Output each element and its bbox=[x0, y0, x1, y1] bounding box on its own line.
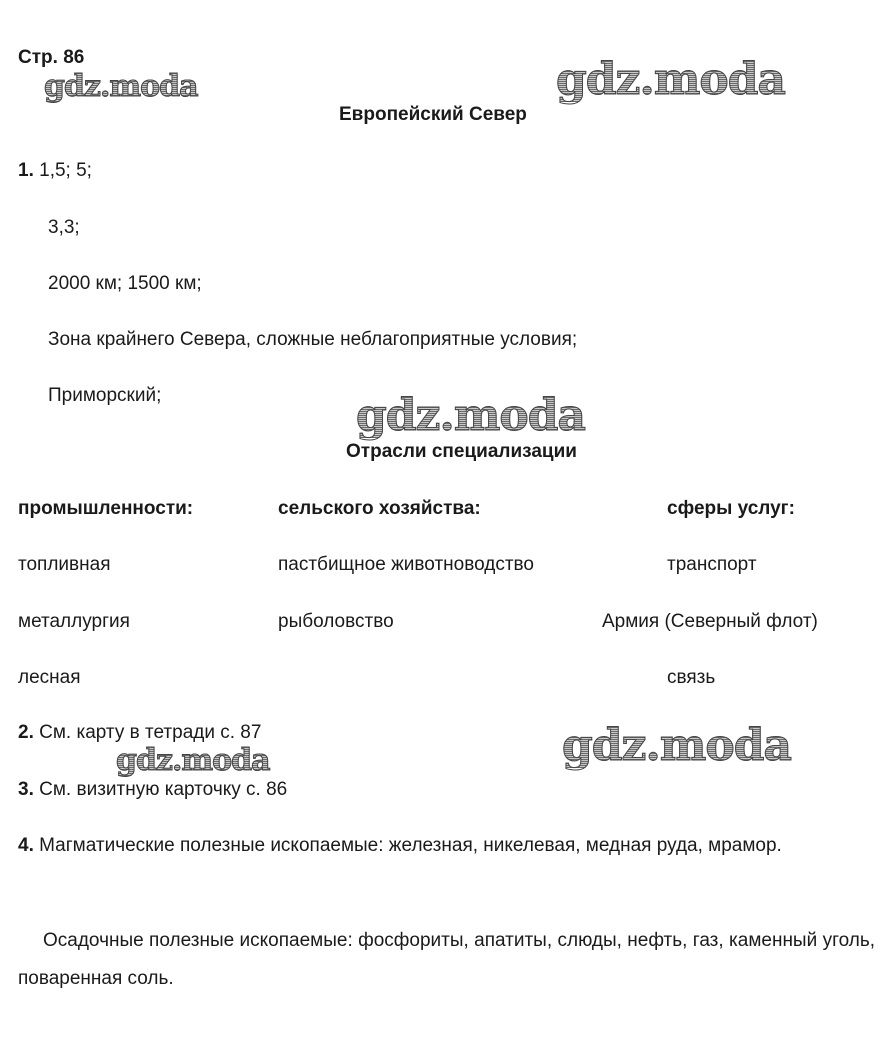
column-header: промышленности: bbox=[18, 499, 193, 518]
watermark: gdz.moda bbox=[116, 746, 270, 776]
task-number: 3. bbox=[18, 779, 34, 800]
watermark: gdz.moda bbox=[44, 72, 198, 102]
task-3: 3. См. визитную карточку с. 86 bbox=[18, 780, 287, 799]
task-4-paragraph-2: Осадочные полезные ископаемые: фосфориты… bbox=[18, 922, 875, 998]
task-2: 2. См. карту в тетради с. 87 bbox=[18, 723, 261, 742]
table-cell: связь bbox=[667, 668, 715, 687]
column-header: сферы услуг: bbox=[667, 499, 795, 518]
watermark: gdz.moda bbox=[562, 724, 791, 768]
answer-line: Приморский; bbox=[48, 386, 161, 405]
answer-line: 2000 км; 1500 км; bbox=[48, 274, 202, 293]
task-text: См. карту в тетради с. 87 bbox=[39, 722, 261, 743]
task-4-paragraph-1: 4. Магматические полезные ископаемые: же… bbox=[18, 827, 875, 865]
watermark: gdz.moda bbox=[556, 58, 785, 102]
table-cell: металлургия bbox=[18, 612, 130, 631]
specialization-title: Отрасли специализации bbox=[346, 442, 577, 461]
table-cell: лесная bbox=[18, 668, 81, 687]
task-text: См. визитную карточку с. 86 bbox=[39, 779, 287, 800]
table-cell: рыболовство bbox=[278, 612, 394, 631]
page-label: Стр. 86 bbox=[18, 48, 84, 67]
answer-line: Зона крайнего Севера, сложные неблагопри… bbox=[48, 330, 577, 349]
answer-line: 1,5; 5; bbox=[39, 160, 92, 181]
answer-line: 3,3; bbox=[48, 218, 80, 237]
column-header: сельского хозяйства: bbox=[278, 499, 481, 518]
task-number: 2. bbox=[18, 722, 34, 743]
table-cell: Армия (Северный флот) bbox=[602, 612, 818, 631]
table-cell: транспорт bbox=[667, 555, 757, 574]
task-number: 1. bbox=[18, 160, 34, 181]
watermark: gdz.moda bbox=[356, 394, 585, 438]
table-cell: пастбищное животноводство bbox=[278, 555, 534, 574]
section-title: Европейский Север bbox=[339, 105, 527, 124]
table-cell: топливная bbox=[18, 555, 111, 574]
task-number: 4. bbox=[18, 835, 34, 856]
task-text: Магматические полезные ископаемые: желез… bbox=[39, 835, 782, 856]
